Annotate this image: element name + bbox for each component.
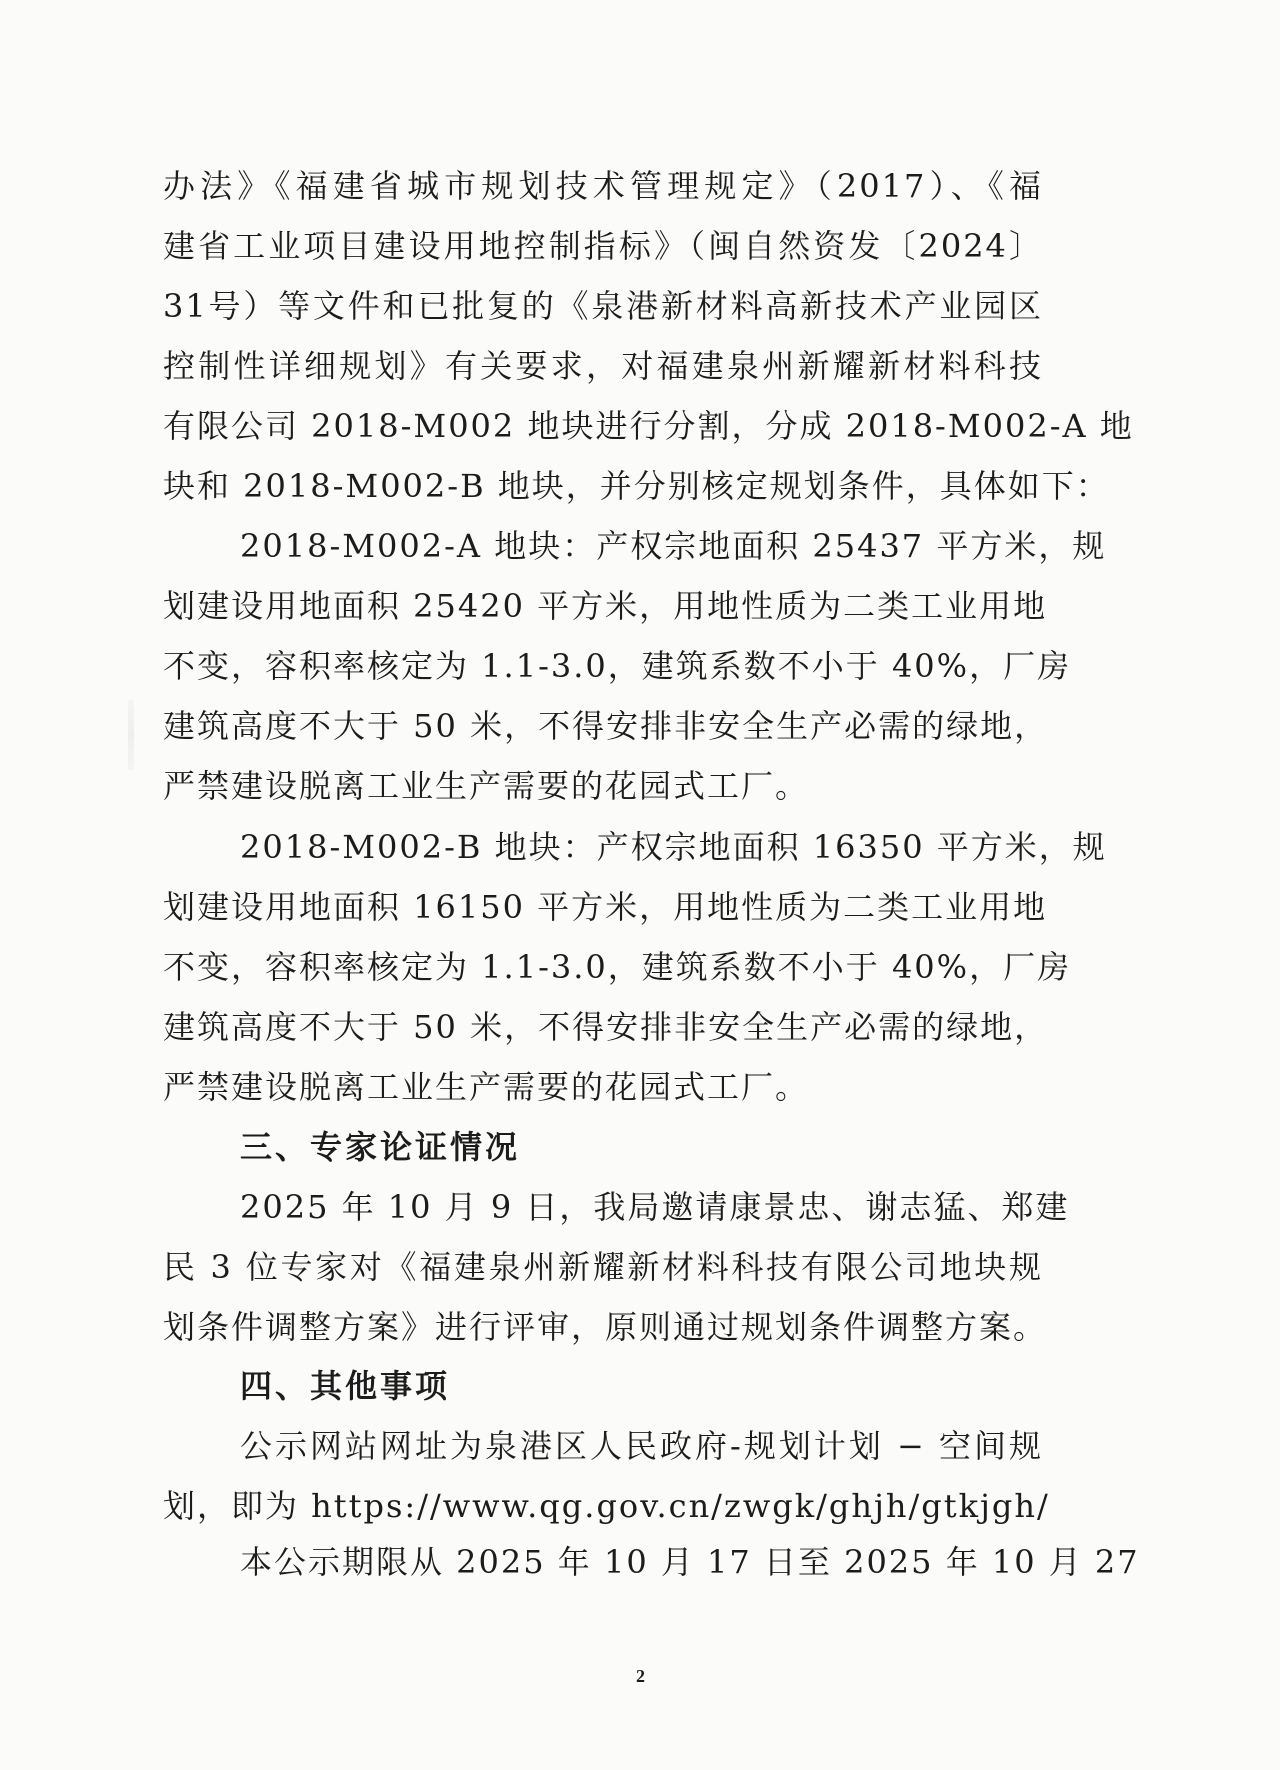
parcel-a-line-1: 2018-M002-A 地块：产权宗地面积 25437 平方米，规 bbox=[240, 526, 1043, 566]
text-line-6: 块和 2018-M002-B 地块，并分别核定规划条件，具体如下： bbox=[163, 466, 1043, 506]
text-line-5: 有限公司 2018-M002 地块进行分割，分成 2018-M002-A 地 bbox=[163, 406, 1043, 446]
section-heading-expert-review: 三、专家论证情况 bbox=[240, 1127, 1043, 1167]
parcel-b-line-1: 2018-M002-B 地块：产权宗地面积 16350 平方米，规 bbox=[240, 827, 1043, 867]
parcel-b-line-5: 严禁建设脱离工业生产需要的花园式工厂。 bbox=[163, 1067, 1043, 1107]
other-matters-line-1: 公示网站网址为泉港区人民政府-规划计划 − 空间规 bbox=[240, 1426, 1043, 1466]
document-page: 办法》《福建省城市规划技术管理规定》（2017）、《福 建省工业项目建设用地控制… bbox=[0, 0, 1280, 1770]
publicity-period-line: 本公示期限从 2025 年 10 月 17 日至 2025 年 10 月 27 bbox=[240, 1542, 1043, 1582]
parcel-b-line-4: 建筑高度不大于 50 米，不得安排非安全生产必需的绿地， bbox=[163, 1007, 1043, 1047]
text-line-3: 31号）等文件和已批复的《泉港新材料高新技术产业园区 bbox=[163, 286, 1043, 326]
section-heading-other-matters: 四、其他事项 bbox=[240, 1366, 1043, 1406]
website-url-line: 划，即为 https://www.qg.gov.cn/zwgk/ghjh/gtk… bbox=[163, 1486, 1043, 1526]
scan-artifact bbox=[128, 700, 134, 770]
parcel-a-line-4: 建筑高度不大于 50 米，不得安排非安全生产必需的绿地， bbox=[163, 706, 1043, 746]
expert-review-line-2: 民 3 位专家对《福建泉州新耀新材料科技有限公司地块规 bbox=[163, 1247, 1043, 1287]
page-number: 2 bbox=[636, 1666, 645, 1687]
parcel-b-line-3: 不变，容积率核定为 1.1-3.0，建筑系数不小于 40%，厂房 bbox=[163, 947, 1043, 987]
expert-review-line-1: 2025 年 10 月 9 日，我局邀请康景忠、谢志猛、郑建 bbox=[240, 1187, 1043, 1227]
expert-review-line-3: 划条件调整方案》进行评审，原则通过规划条件调整方案。 bbox=[163, 1307, 1043, 1347]
text-line-4: 控制性详细规划》有关要求，对福建泉州新耀新材料科技 bbox=[163, 346, 1043, 386]
parcel-a-line-2: 划建设用地面积 25420 平方米，用地性质为二类工业用地 bbox=[163, 586, 1043, 626]
text-line-1: 办法》《福建省城市规划技术管理规定》（2017）、《福 bbox=[163, 166, 1043, 206]
text-line-2: 建省工业项目建设用地控制指标》（闽自然资发〔2024〕 bbox=[163, 226, 1043, 266]
parcel-b-line-2: 划建设用地面积 16150 平方米，用地性质为二类工业用地 bbox=[163, 887, 1043, 927]
parcel-a-line-5: 严禁建设脱离工业生产需要的花园式工厂。 bbox=[163, 766, 1043, 806]
parcel-a-line-3: 不变，容积率核定为 1.1-3.0，建筑系数不小于 40%，厂房 bbox=[163, 646, 1043, 686]
